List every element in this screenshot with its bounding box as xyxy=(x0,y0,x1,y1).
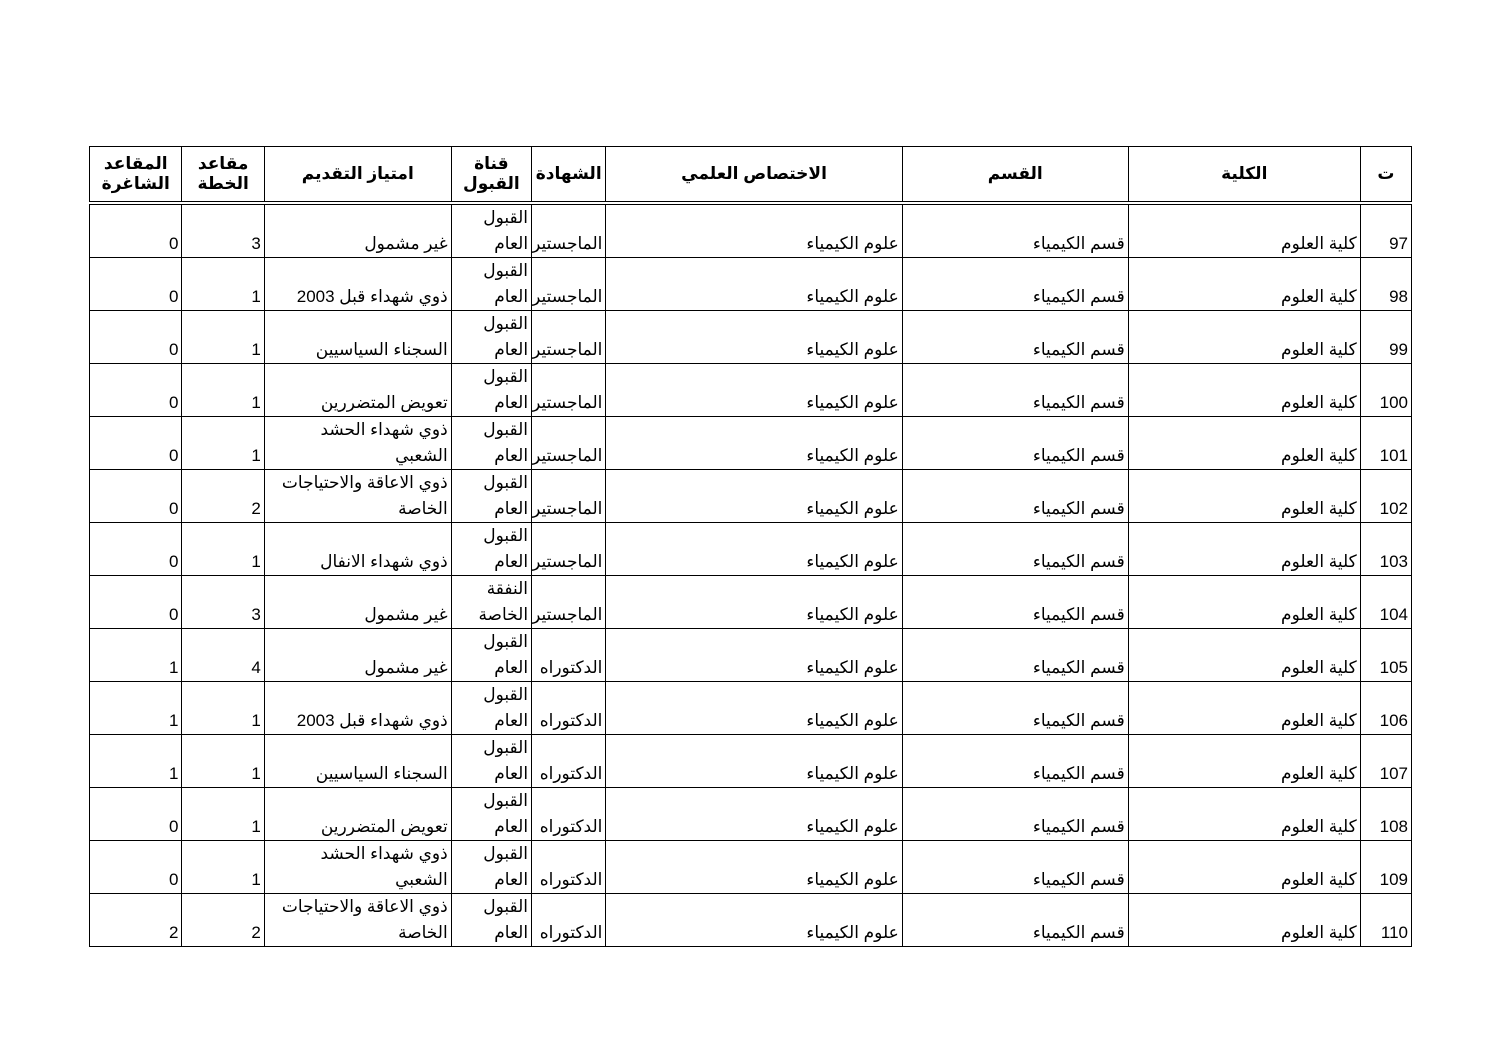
cell-channel: القبول العام xyxy=(451,629,531,682)
cell-specialization: علوم الكيمياء xyxy=(606,258,902,311)
cell-privilege: غير مشمول xyxy=(264,203,451,258)
cell-index: 109 xyxy=(1360,841,1411,894)
cell-privilege: ذوي شهداء الحشد الشعبي xyxy=(264,417,451,470)
cell-college: كلية العلوم xyxy=(1128,735,1360,788)
cell-department: قسم الكيمياء xyxy=(902,735,1128,788)
cell-plan-seats: 1 xyxy=(182,523,264,576)
cell-index: 104 xyxy=(1360,576,1411,629)
cell-degree: الدكتوراه xyxy=(532,682,606,735)
cell-college: كلية العلوم xyxy=(1128,841,1360,894)
cell-specialization: علوم الكيمياء xyxy=(606,735,902,788)
cell-degree: الماجستير xyxy=(532,203,606,258)
cell-channel: النفقة الخاصة xyxy=(451,576,531,629)
header-degree: الشهادة xyxy=(532,147,606,204)
cell-college: كلية العلوم xyxy=(1128,470,1360,523)
cell-index: 103 xyxy=(1360,523,1411,576)
table-row: 109كلية العلومقسم الكيمياءعلوم الكيمياءا… xyxy=(90,841,1412,894)
table-row: 110كلية العلومقسم الكيمياءعلوم الكيمياءا… xyxy=(90,894,1412,947)
cell-index: 107 xyxy=(1360,735,1411,788)
table-row: 106كلية العلومقسم الكيمياءعلوم الكيمياءا… xyxy=(90,682,1412,735)
cell-specialization: علوم الكيمياء xyxy=(606,682,902,735)
cell-specialization: علوم الكيمياء xyxy=(606,311,902,364)
cell-privilege: ذوي الاعاقة والاحتياجات الخاصة xyxy=(264,470,451,523)
cell-vacant-seats: 0 xyxy=(90,417,182,470)
cell-degree: الماجستير xyxy=(532,258,606,311)
table-row: 98كلية العلومقسم الكيمياءعلوم الكيمياءال… xyxy=(90,258,1412,311)
cell-plan-seats: 1 xyxy=(182,841,264,894)
cell-specialization: علوم الكيمياء xyxy=(606,788,902,841)
table-row: 103كلية العلومقسم الكيمياءعلوم الكيمياءا… xyxy=(90,523,1412,576)
cell-channel: القبول العام xyxy=(451,203,531,258)
cell-channel: القبول العام xyxy=(451,311,531,364)
cell-vacant-seats: 0 xyxy=(90,364,182,417)
table-row: 99كلية العلومقسم الكيمياءعلوم الكيمياءال… xyxy=(90,311,1412,364)
table-row: 104كلية العلومقسم الكيمياءعلوم الكيمياءا… xyxy=(90,576,1412,629)
cell-plan-seats: 4 xyxy=(182,629,264,682)
cell-specialization: علوم الكيمياء xyxy=(606,894,902,947)
cell-privilege: ذوي الاعاقة والاحتياجات الخاصة xyxy=(264,894,451,947)
cell-index: 100 xyxy=(1360,364,1411,417)
table-row: 107كلية العلومقسم الكيمياءعلوم الكيمياءا… xyxy=(90,735,1412,788)
cell-plan-seats: 2 xyxy=(182,894,264,947)
cell-degree: الماجستير xyxy=(532,576,606,629)
cell-plan-seats: 1 xyxy=(182,682,264,735)
cell-college: كلية العلوم xyxy=(1128,788,1360,841)
cell-vacant-seats: 0 xyxy=(90,576,182,629)
header-college: الكلية xyxy=(1128,147,1360,204)
cell-channel: القبول العام xyxy=(451,735,531,788)
cell-vacant-seats: 2 xyxy=(90,894,182,947)
header-index: ت xyxy=(1360,147,1411,204)
cell-specialization: علوم الكيمياء xyxy=(606,470,902,523)
cell-vacant-seats: 0 xyxy=(90,203,182,258)
cell-privilege: تعويض المتضررين xyxy=(264,364,451,417)
cell-plan-seats: 3 xyxy=(182,203,264,258)
cell-college: كلية العلوم xyxy=(1128,576,1360,629)
cell-index: 97 xyxy=(1360,203,1411,258)
cell-vacant-seats: 0 xyxy=(90,841,182,894)
cell-plan-seats: 1 xyxy=(182,258,264,311)
cell-college: كلية العلوم xyxy=(1128,258,1360,311)
cell-channel: القبول العام xyxy=(451,894,531,947)
admissions-table: ت الكلية القسم الاختصاص العلمي الشهادة ق… xyxy=(89,146,1412,947)
cell-degree: الماجستير xyxy=(532,311,606,364)
cell-degree: الماجستير xyxy=(532,364,606,417)
cell-department: قسم الكيمياء xyxy=(902,417,1128,470)
cell-degree: الدكتوراه xyxy=(532,841,606,894)
table-row: 100كلية العلومقسم الكيمياءعلوم الكيمياءا… xyxy=(90,364,1412,417)
cell-department: قسم الكيمياء xyxy=(902,894,1128,947)
cell-index: 99 xyxy=(1360,311,1411,364)
table-row: 101كلية العلومقسم الكيمياءعلوم الكيمياءا… xyxy=(90,417,1412,470)
cell-plan-seats: 3 xyxy=(182,576,264,629)
cell-channel: القبول العام xyxy=(451,682,531,735)
cell-department: قسم الكيمياء xyxy=(902,788,1128,841)
header-specialization: الاختصاص العلمي xyxy=(606,147,902,204)
cell-college: كلية العلوم xyxy=(1128,417,1360,470)
cell-privilege: غير مشمول xyxy=(264,576,451,629)
cell-specialization: علوم الكيمياء xyxy=(606,203,902,258)
cell-index: 105 xyxy=(1360,629,1411,682)
cell-plan-seats: 1 xyxy=(182,417,264,470)
cell-vacant-seats: 1 xyxy=(90,682,182,735)
cell-department: قسم الكيمياء xyxy=(902,629,1128,682)
header-department: القسم xyxy=(902,147,1128,204)
cell-department: قسم الكيمياء xyxy=(902,203,1128,258)
cell-college: كلية العلوم xyxy=(1128,682,1360,735)
cell-specialization: علوم الكيمياء xyxy=(606,841,902,894)
cell-index: 110 xyxy=(1360,894,1411,947)
cell-privilege: غير مشمول xyxy=(264,629,451,682)
cell-college: كلية العلوم xyxy=(1128,364,1360,417)
cell-privilege: ذوي شهداء الحشد الشعبي xyxy=(264,841,451,894)
cell-college: كلية العلوم xyxy=(1128,629,1360,682)
cell-specialization: علوم الكيمياء xyxy=(606,364,902,417)
header-row: ت الكلية القسم الاختصاص العلمي الشهادة ق… xyxy=(90,147,1412,204)
cell-plan-seats: 1 xyxy=(182,364,264,417)
table-row: 108كلية العلومقسم الكيمياءعلوم الكيمياءا… xyxy=(90,788,1412,841)
cell-plan-seats: 2 xyxy=(182,470,264,523)
cell-channel: القبول العام xyxy=(451,523,531,576)
cell-degree: الدكتوراه xyxy=(532,735,606,788)
cell-privilege: ذوي شهداء قبل 2003 xyxy=(264,258,451,311)
cell-college: كلية العلوم xyxy=(1128,311,1360,364)
cell-channel: القبول العام xyxy=(451,258,531,311)
cell-college: كلية العلوم xyxy=(1128,894,1360,947)
cell-college: كلية العلوم xyxy=(1128,203,1360,258)
cell-specialization: علوم الكيمياء xyxy=(606,576,902,629)
cell-channel: القبول العام xyxy=(451,417,531,470)
cell-privilege: ذوي شهداء قبل 2003 xyxy=(264,682,451,735)
cell-plan-seats: 1 xyxy=(182,788,264,841)
cell-channel: القبول العام xyxy=(451,470,531,523)
cell-specialization: علوم الكيمياء xyxy=(606,629,902,682)
cell-channel: القبول العام xyxy=(451,364,531,417)
cell-department: قسم الكيمياء xyxy=(902,470,1128,523)
cell-degree: الماجستير xyxy=(532,523,606,576)
cell-specialization: علوم الكيمياء xyxy=(606,417,902,470)
cell-index: 98 xyxy=(1360,258,1411,311)
cell-department: قسم الكيمياء xyxy=(902,311,1128,364)
cell-degree: الماجستير xyxy=(532,470,606,523)
cell-department: قسم الكيمياء xyxy=(902,841,1128,894)
header-channel: قناة القبول xyxy=(451,147,531,204)
table-body: 97كلية العلومقسم الكيمياءعلوم الكيمياءال… xyxy=(90,203,1412,947)
cell-vacant-seats: 1 xyxy=(90,629,182,682)
cell-degree: الدكتوراه xyxy=(532,629,606,682)
cell-vacant-seats: 0 xyxy=(90,788,182,841)
cell-vacant-seats: 0 xyxy=(90,470,182,523)
cell-index: 101 xyxy=(1360,417,1411,470)
header-plan-seats: مقاعد الخطة xyxy=(182,147,264,204)
cell-degree: الدكتوراه xyxy=(532,894,606,947)
cell-vacant-seats: 0 xyxy=(90,258,182,311)
cell-department: قسم الكيمياء xyxy=(902,364,1128,417)
table-row: 97كلية العلومقسم الكيمياءعلوم الكيمياءال… xyxy=(90,203,1412,258)
cell-college: كلية العلوم xyxy=(1128,523,1360,576)
cell-vacant-seats: 0 xyxy=(90,311,182,364)
cell-plan-seats: 1 xyxy=(182,311,264,364)
table-row: 105كلية العلومقسم الكيمياءعلوم الكيمياءا… xyxy=(90,629,1412,682)
cell-degree: الدكتوراه xyxy=(532,788,606,841)
cell-channel: القبول العام xyxy=(451,788,531,841)
cell-department: قسم الكيمياء xyxy=(902,682,1128,735)
cell-index: 106 xyxy=(1360,682,1411,735)
cell-department: قسم الكيمياء xyxy=(902,576,1128,629)
cell-privilege: ذوي شهداء الانفال xyxy=(264,523,451,576)
cell-vacant-seats: 0 xyxy=(90,523,182,576)
cell-index: 102 xyxy=(1360,470,1411,523)
cell-department: قسم الكيمياء xyxy=(902,258,1128,311)
header-vacant-seats: المقاعد الشاغرة xyxy=(90,147,182,204)
cell-degree: الماجستير xyxy=(532,417,606,470)
cell-privilege: السجناء السياسيين xyxy=(264,311,451,364)
cell-plan-seats: 1 xyxy=(182,735,264,788)
cell-department: قسم الكيمياء xyxy=(902,523,1128,576)
table-row: 102كلية العلومقسم الكيمياءعلوم الكيمياءا… xyxy=(90,470,1412,523)
cell-privilege: تعويض المتضررين xyxy=(264,788,451,841)
cell-specialization: علوم الكيمياء xyxy=(606,523,902,576)
cell-channel: القبول العام xyxy=(451,841,531,894)
cell-vacant-seats: 1 xyxy=(90,735,182,788)
header-privilege: امتياز التقديم xyxy=(264,147,451,204)
cell-privilege: السجناء السياسيين xyxy=(264,735,451,788)
cell-index: 108 xyxy=(1360,788,1411,841)
